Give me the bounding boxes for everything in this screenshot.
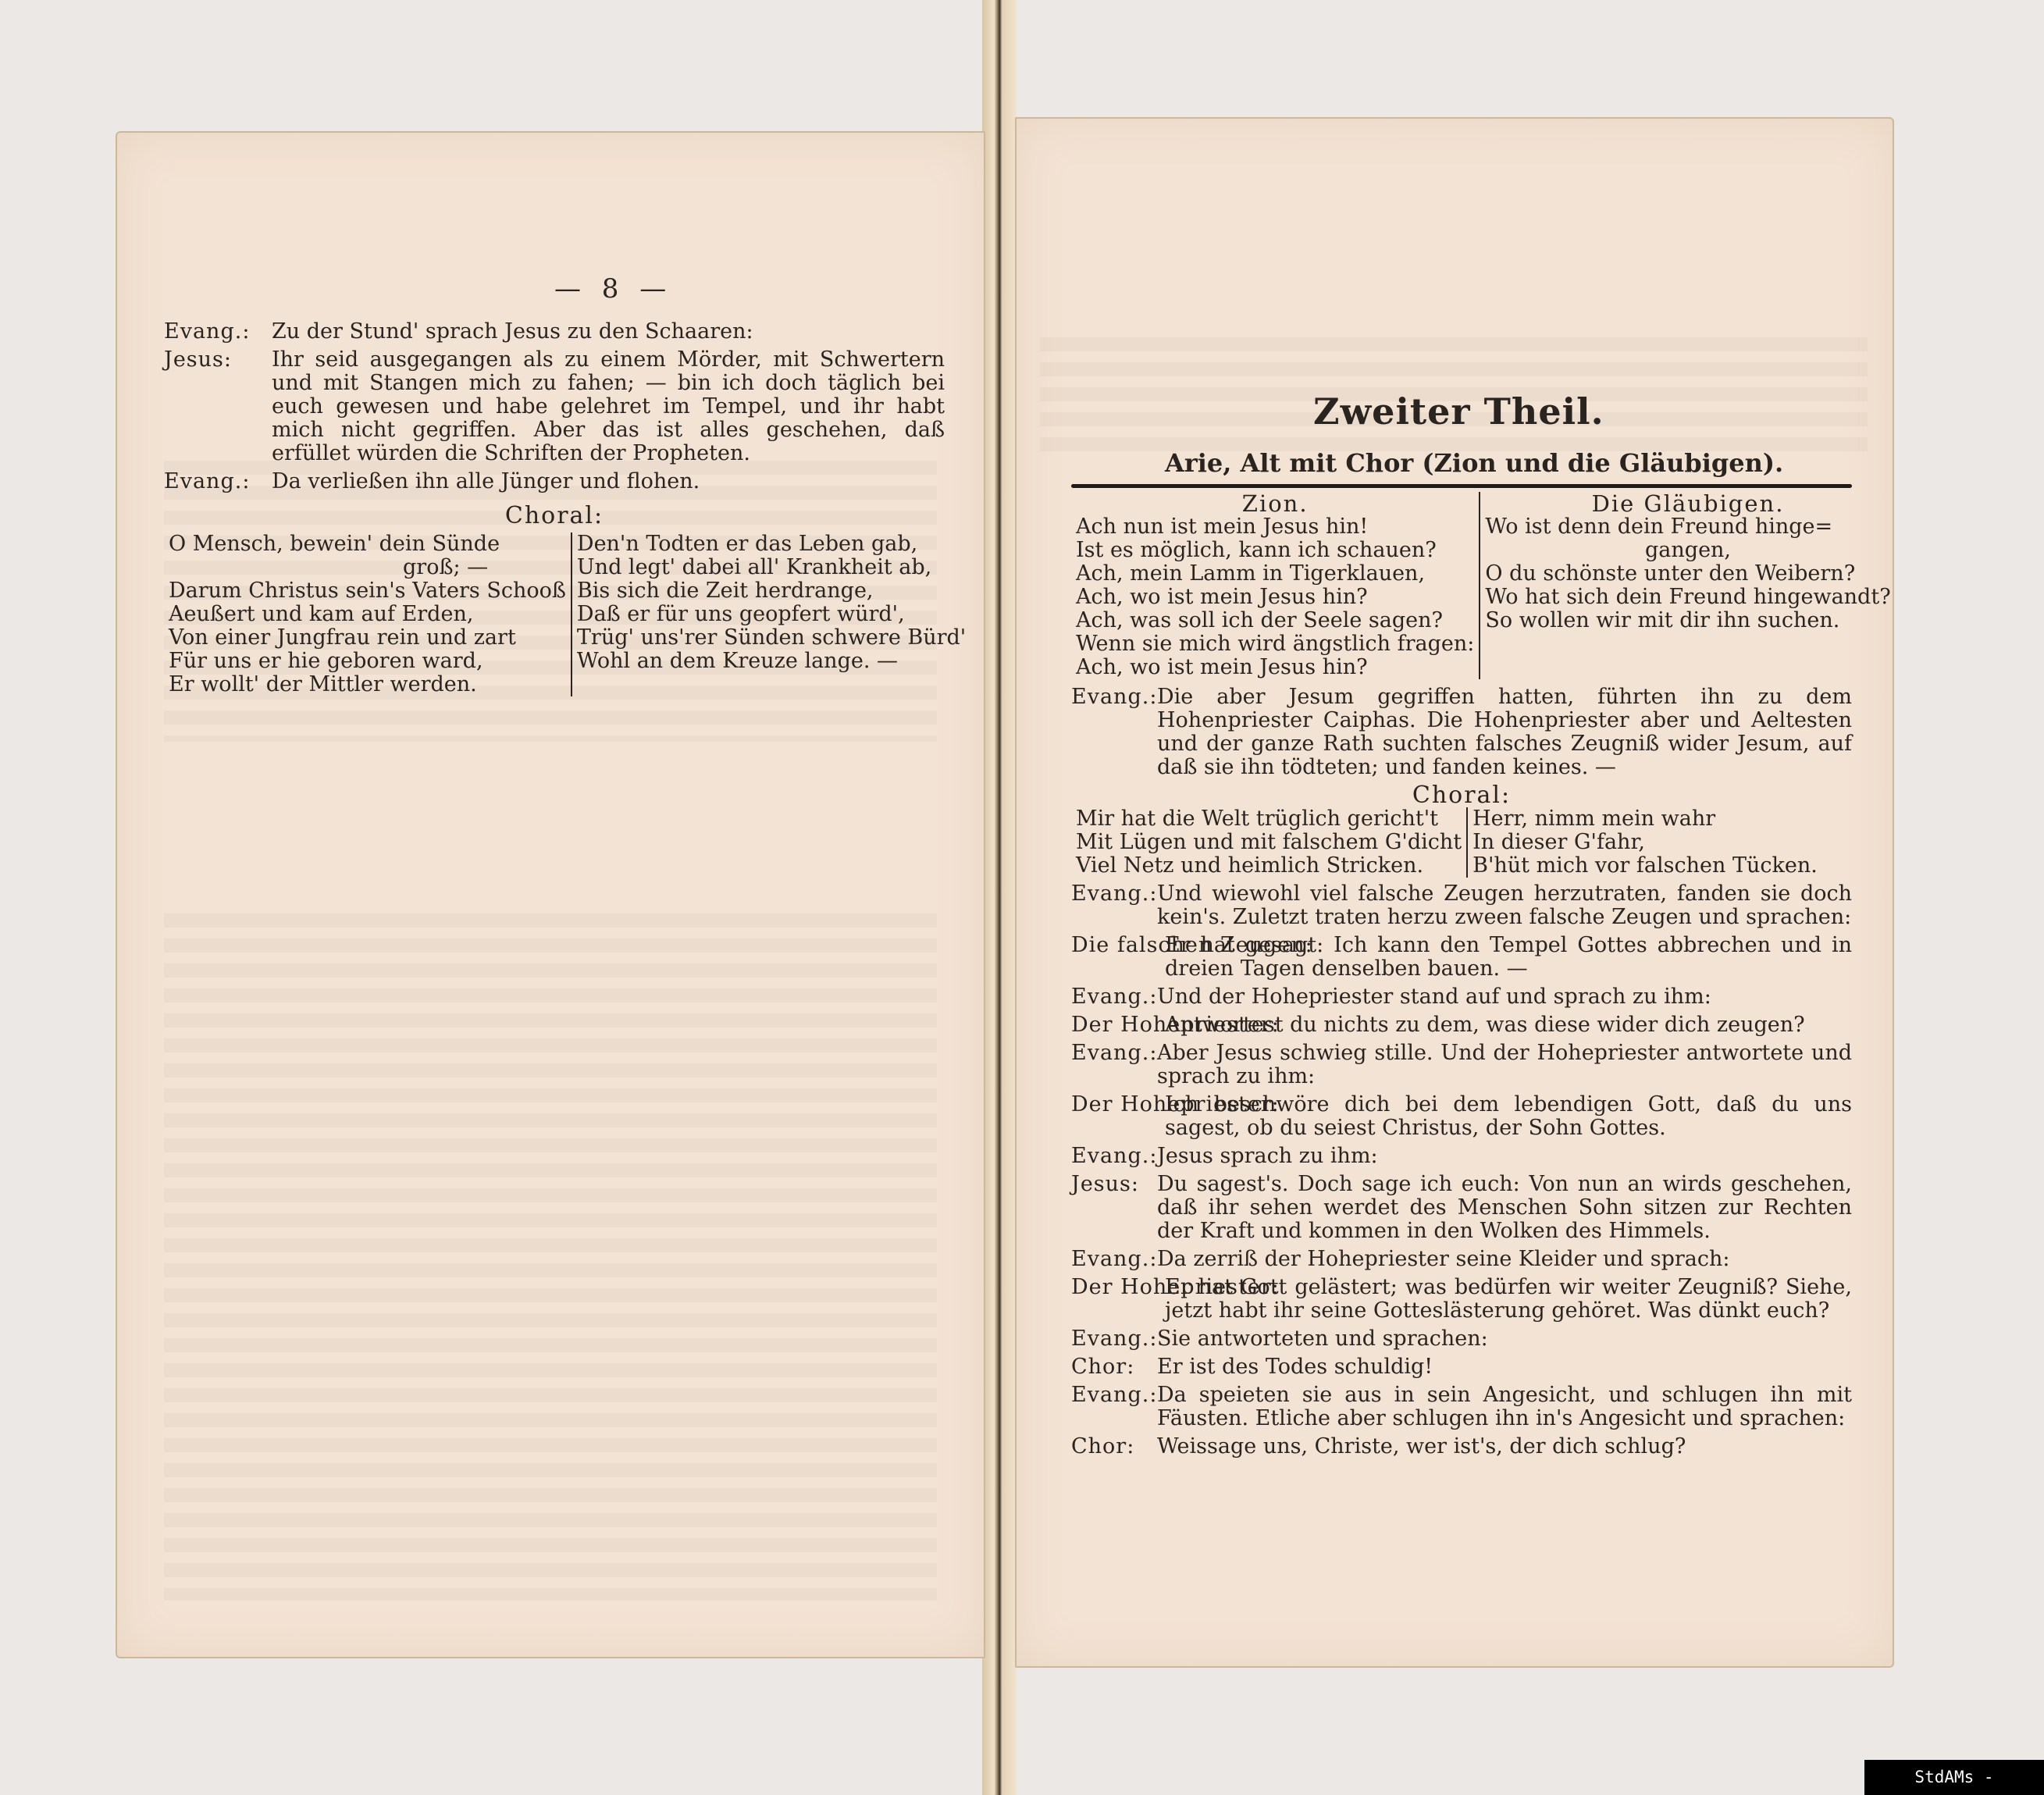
speech: Chor:Er ist des Todes schuldig! — [1071, 1355, 1852, 1379]
speech: Evang.:Und der Hohepriester stand auf un… — [1071, 985, 1852, 1009]
speaker-label: Chor: — [1071, 1355, 1157, 1379]
verse-line: Ach, wo ist mein Jesus hin? — [1076, 656, 1474, 679]
page-number: — 8 — — [554, 273, 672, 305]
left-speeches: Evang.: Zu der Stund' sprach Jesus zu de… — [164, 320, 945, 696]
verse-line: Von einer Jungfrau rein und zart — [169, 626, 566, 650]
section-rule — [1071, 484, 1852, 488]
verse-line: groß; — — [169, 556, 566, 579]
choral-right-column: Herr, nimm mein wahr In dieser G'fahr, B… — [1468, 807, 1852, 878]
choral-left-column: Mir hat die Welt trüglich gericht't Mit … — [1071, 807, 1468, 878]
verse-line: gangen, — [1485, 539, 1890, 562]
speaker-label: Evang.: — [1071, 1384, 1157, 1430]
verse-line: Ach, wo ist mein Jesus hin? — [1076, 586, 1474, 609]
verse-line: Er wollt' der Mittler werden. — [169, 673, 566, 696]
speaker-label: Jesus: — [164, 348, 272, 465]
speech: Evang.:Sie antworteten und sprachen: — [1071, 1327, 1852, 1351]
aria-title: Arie, Alt mit Chor (Zion und die Gläubig… — [1165, 448, 1783, 478]
archive-label: StdAMs - MV_004_500 — [1864, 1760, 2044, 1795]
verse-line: Darum Christus sein's Vaters Schooß — [169, 579, 566, 603]
speech: Evang.:Aber Jesus schwieg stille. Und de… — [1071, 1042, 1852, 1088]
speech: Jesus: Ihr seid ausgegangen als zu einem… — [164, 348, 945, 465]
speech-text: Weissage uns, Christe, wer ist's, der di… — [1157, 1435, 1852, 1458]
glaeubigen-column: Die Gläubigen. Wo ist denn dein Freund h… — [1480, 492, 1895, 679]
verse-line: Ach, mein Lamm in Tigerklauen, — [1076, 562, 1474, 586]
verse-line: O du schönste unter den Weibern? — [1485, 562, 1890, 586]
speech-text: Sie antworteten und sprachen: — [1157, 1327, 1852, 1351]
verse-line: Wo ist denn dein Freund hinge= — [1485, 515, 1890, 539]
verse-line: Trüg' uns'rer Sünden schwere Bürd' — [577, 626, 966, 650]
speaker-label: Chor: — [1071, 1435, 1157, 1458]
speech: Evang.:Da zerriß der Hohepriester seine … — [1071, 1248, 1852, 1271]
zion-heading: Zion. — [1076, 492, 1474, 515]
speech-text: Er hat Gott gelästert; was bedürfen wir … — [1157, 1276, 1852, 1323]
verse-line: Viel Netz und heimlich Stricken. — [1076, 854, 1462, 878]
verse-line: Ach, was soll ich der Seele sagen? — [1076, 609, 1474, 632]
speech-text: Da verließen ihn alle Jünger und flohen. — [272, 470, 945, 493]
choral-title: Choral: — [1071, 784, 1852, 807]
left-page: — 8 — Evang.: Zu der Stund' sprach Jesus… — [116, 131, 985, 1658]
verse-line: Und legt' dabei all' Krankheit ab, — [577, 556, 966, 579]
right-page: Zweiter Theil. Arie, Alt mit Chor (Zion … — [1015, 117, 1894, 1668]
speech: Der Hohepriester:Er hat Gott gelästert; … — [1071, 1276, 1852, 1323]
speaker-label: Der Hohepriester: — [1071, 1093, 1157, 1140]
speech-text: Ich beschwöre dich bei dem lebendigen Go… — [1157, 1093, 1852, 1140]
show-through-ghost-text — [164, 914, 937, 1601]
speech-text: Er ist des Todes schuldig! — [1157, 1355, 1852, 1379]
speech-text: Da zerriß der Hohepriester seine Kleider… — [1157, 1248, 1852, 1271]
speaker-label: Evang.: — [1071, 1248, 1157, 1271]
speech-text: Du sagest's. Doch sage ich euch: Von nun… — [1157, 1173, 1852, 1243]
verse-line: Bis sich die Zeit herdrange, — [577, 579, 966, 603]
aria-block: Zion. Ach nun ist mein Jesus hin! Ist es… — [1071, 492, 1852, 1463]
verse-line: So wollen wir mit dir ihn suchen. — [1485, 609, 1890, 632]
speech: Evang.:Und wiewohl viel falsche Zeugen h… — [1071, 882, 1852, 929]
speaker-label: Evang.: — [1071, 686, 1157, 779]
speech: Evang.: Zu der Stund' sprach Jesus zu de… — [164, 320, 945, 344]
choral-title: Choral: — [164, 504, 945, 528]
dialogue: Evang.:Und wiewohl viel falsche Zeugen h… — [1071, 882, 1852, 1458]
speech-text: Zu der Stund' sprach Jesus zu den Schaar… — [272, 320, 945, 344]
speech: Evang.:Jesus sprach zu ihm: — [1071, 1145, 1852, 1168]
speaker-label: Evang.: — [1071, 882, 1157, 929]
speech-text: Die aber Jesum gegriffen hatten, führten… — [1157, 686, 1852, 779]
choral-verse: Mir hat die Welt trüglich gericht't Mit … — [1071, 807, 1852, 878]
verse-line: Mir hat die Welt trüglich gericht't — [1076, 807, 1462, 831]
speech: Evang.: Da verließen ihn alle Jünger und… — [164, 470, 945, 493]
choral-verse: O Mensch, bewein' dein Sünde groß; — Dar… — [164, 532, 945, 696]
verse-line: Ach nun ist mein Jesus hin! — [1076, 515, 1474, 539]
speech: Die falschen Zeugen:Er hat gesagt: Ich k… — [1071, 934, 1852, 981]
speech-text: Er hat gesagt: Ich kann den Tempel Gotte… — [1157, 934, 1852, 981]
speaker-label: Evang.: — [1071, 1327, 1157, 1351]
verse-line: B'hüt mich vor falschen Tücken. — [1472, 854, 1847, 878]
verse-line: Ist es möglich, kann ich schauen? — [1076, 539, 1474, 562]
aria-verse: Zion. Ach nun ist mein Jesus hin! Ist es… — [1071, 492, 1852, 679]
zion-column: Zion. Ach nun ist mein Jesus hin! Ist es… — [1071, 492, 1480, 679]
speech-text: Jesus sprach zu ihm: — [1157, 1145, 1852, 1168]
verse-line: Den'n Todten er das Leben gab, — [577, 532, 966, 556]
speech: Jesus:Du sagest's. Doch sage ich euch: V… — [1071, 1173, 1852, 1243]
speech: Evang.: Die aber Jesum gegriffen hatten,… — [1071, 686, 1852, 779]
speech: Evang.:Da speieten sie aus in sein Anges… — [1071, 1384, 1852, 1430]
verse-line: Wo hat sich dein Freund hingewandt? — [1485, 586, 1890, 609]
verse-line: Für uns er hie geboren ward, — [169, 650, 566, 673]
speech-text: Ihr seid ausgegangen als zu einem Mörder… — [272, 348, 945, 465]
speech-text: Und der Hohepriester stand auf und sprac… — [1157, 985, 1852, 1009]
choral-right-column: Den'n Todten er das Leben gab, Und legt'… — [572, 532, 970, 696]
speech: Der Hohepriester:Antwortest du nichts zu… — [1071, 1013, 1852, 1037]
speech-text: Und wiewohl viel falsche Zeugen herzutra… — [1157, 882, 1852, 929]
speech-text: Aber Jesus schwieg stille. Und der Hohep… — [1157, 1042, 1852, 1088]
verse-line: Daß er für uns geopfert würd', — [577, 603, 966, 626]
speaker-label: Evang.: — [164, 320, 272, 344]
speech: Chor:Weissage uns, Christe, wer ist's, d… — [1071, 1435, 1852, 1458]
choral-left-column: O Mensch, bewein' dein Sünde groß; — Dar… — [164, 532, 572, 696]
verse-line: Mit Lügen und mit falschem G'dicht — [1076, 831, 1462, 854]
glaeubigen-heading: Die Gläubigen. — [1485, 492, 1890, 515]
part-title: Zweiter Theil. — [1313, 390, 1604, 433]
speaker-label: Der Hohepriester: — [1071, 1013, 1157, 1037]
verse-line: O Mensch, bewein' dein Sünde — [169, 532, 566, 556]
speaker-label: Evang.: — [1071, 1042, 1157, 1088]
verse-line: Wohl an dem Kreuze lange. — — [577, 650, 966, 673]
speech: Der Hohepriester:Ich beschwöre dich bei … — [1071, 1093, 1852, 1140]
speaker-label: Der Hohepriester: — [1071, 1276, 1157, 1323]
speech-text: Antwortest du nichts zu dem, was diese w… — [1157, 1013, 1852, 1037]
speaker-label: Die falschen Zeugen: — [1071, 934, 1157, 981]
speech-text: Da speieten sie aus in sein Angesicht, u… — [1157, 1384, 1852, 1430]
book-gutter — [982, 0, 1017, 1795]
speaker-label: Evang.: — [164, 470, 272, 493]
verse-line: In dieser G'fahr, — [1472, 831, 1847, 854]
speaker-label: Evang.: — [1071, 985, 1157, 1009]
verse-line: Aeußert und kam auf Erden, — [169, 603, 566, 626]
speaker-label: Evang.: — [1071, 1145, 1157, 1168]
verse-line: Wenn sie mich wird ängstlich fragen: — [1076, 632, 1474, 656]
speaker-label: Jesus: — [1071, 1173, 1157, 1243]
verse-line: Herr, nimm mein wahr — [1472, 807, 1847, 831]
